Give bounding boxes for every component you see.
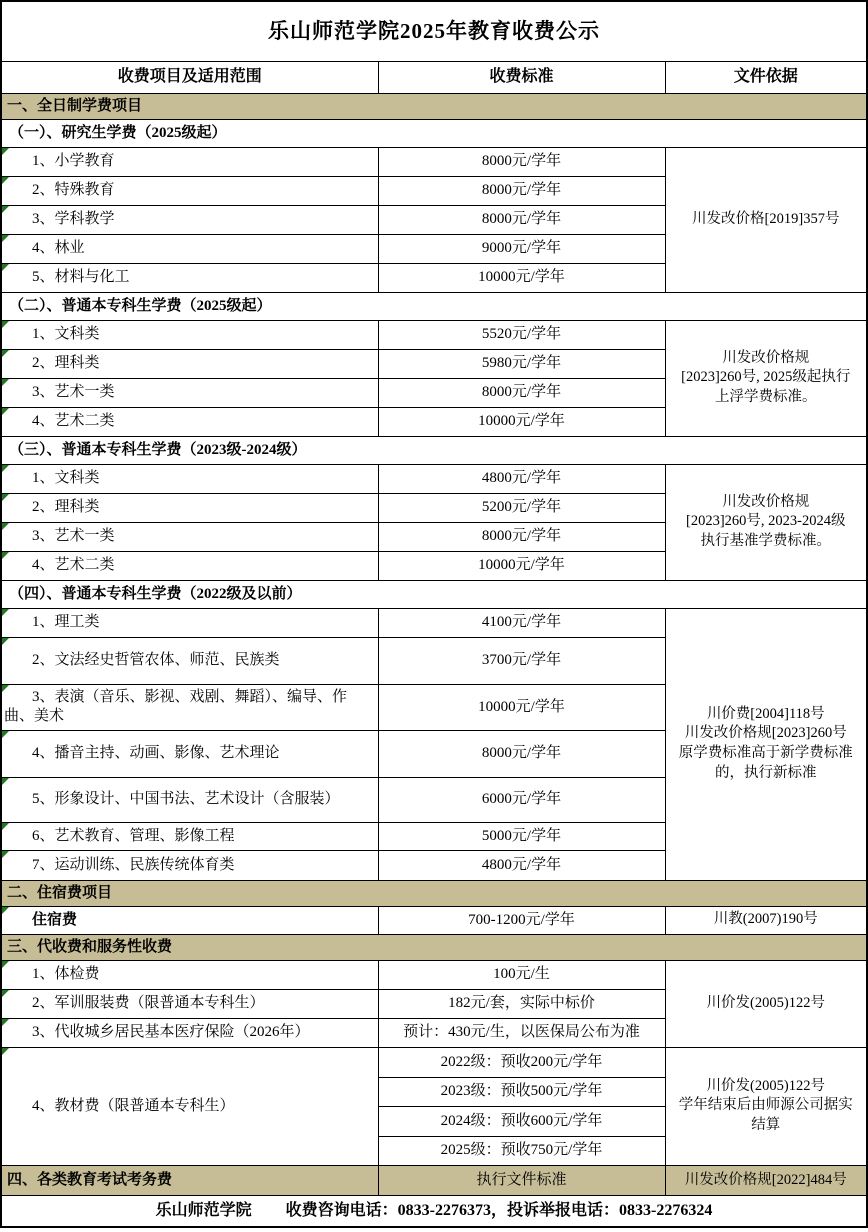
section-band-exam-fees: 四、各类教育考试考务费 bbox=[1, 1165, 378, 1195]
table-row: （二）、普通本专科生学费（2025级起） bbox=[1, 292, 867, 320]
table-row: 4、教材费（限普通本专科生） 2022级：预收200元/学年 川价发(2005)… bbox=[1, 1047, 867, 1077]
section-band-fulltime-tuition: 一、全日制学费项目 bbox=[1, 93, 867, 119]
fee-standard-cell: 8000元/学年 bbox=[378, 205, 665, 234]
cell-flag-icon bbox=[2, 1019, 9, 1026]
fee-item-cell: 4、艺术二类 bbox=[1, 551, 378, 580]
fee-item-label: 1、理工类 bbox=[32, 614, 100, 630]
table-row: 1、文科类 5520元/学年 川发改价格规 [2023]260号, 2025级起… bbox=[1, 320, 867, 349]
section-band-misc-fees: 三、代收费和服务性收费 bbox=[1, 934, 867, 960]
fee-standard-cell: 执行文件标准 bbox=[378, 1165, 665, 1195]
fee-item-label: 2、理科类 bbox=[32, 355, 100, 371]
fee-item-cell: 1、理工类 bbox=[1, 608, 378, 637]
table-row: 1、小学教育 8000元/学年 川发改价格[2019]357号 bbox=[1, 147, 867, 176]
table-row: 1、文科类 4800元/学年 川发改价格规 [2023]260号, 2023-2… bbox=[1, 464, 867, 493]
fee-item-cell: 3、艺术一类 bbox=[1, 522, 378, 551]
fee-item-label: 6、艺术教育、管理、影像工程 bbox=[32, 828, 235, 844]
fee-standard-cell: 8000元/学年 bbox=[378, 730, 665, 777]
cell-flag-icon bbox=[2, 264, 9, 271]
page-title: 乐山师范学院2025年教育收费公示 bbox=[1, 1, 867, 61]
fee-standard-cell: 5200元/学年 bbox=[378, 493, 665, 522]
fee-item-cell: 1、文科类 bbox=[1, 464, 378, 493]
table-row: 乐山师范学院2025年教育收费公示 bbox=[1, 1, 867, 61]
fee-standard-cell: 4100元/学年 bbox=[378, 608, 665, 637]
fee-notice-sheet: 乐山师范学院2025年教育收费公示 收费项目及适用范围 收费标准 文件依据 一、… bbox=[0, 0, 868, 1232]
fee-item-cell-textbook: 4、教材费（限普通本专科生） bbox=[1, 1047, 378, 1165]
fee-item-label: 2、理科类 bbox=[32, 499, 100, 515]
fee-standard-cell: 8000元/学年 bbox=[378, 147, 665, 176]
fee-item-cell: 5、材料与化工 bbox=[1, 263, 378, 292]
fee-item-label: 2、军训服装费（限普通本专科生） bbox=[32, 995, 265, 1011]
cell-flag-icon bbox=[2, 552, 9, 559]
fee-item-label: 1、体检费 bbox=[32, 966, 100, 982]
fee-item-cell: 4、林业 bbox=[1, 234, 378, 263]
cell-flag-icon bbox=[2, 235, 9, 242]
subsection-heading-graduate: （一）、研究生学费（2025级起） bbox=[1, 119, 867, 147]
fee-item-cell: 1、体检费 bbox=[1, 960, 378, 989]
fee-standard-cell: 5000元/学年 bbox=[378, 822, 665, 850]
cell-flag-icon bbox=[2, 961, 9, 968]
fee-standard-cell: 700-1200元/学年 bbox=[378, 906, 665, 934]
cell-flag-icon bbox=[2, 685, 9, 692]
cell-flag-icon bbox=[2, 321, 9, 328]
fee-standard-cell: 10000元/学年 bbox=[378, 551, 665, 580]
table-row: 乐山师范学院收费咨询电话：0833-2276373，投诉举报电话：0833-22… bbox=[1, 1195, 867, 1227]
fee-item-cell: 2、理科类 bbox=[1, 493, 378, 522]
fee-standard-cell: 2022级：预收200元/学年 bbox=[378, 1047, 665, 1077]
fee-standard-cell: 10000元/学年 bbox=[378, 263, 665, 292]
cell-flag-icon bbox=[2, 823, 9, 830]
fee-item-label: 1、小学教育 bbox=[32, 153, 115, 169]
table-row: 四、各类教育考试考务费 执行文件标准 川发改价格规[2022]484号 bbox=[1, 1165, 867, 1195]
fee-standard-cell: 5520元/学年 bbox=[378, 320, 665, 349]
basis-cell-accommodation: 川教(2007)190号 bbox=[665, 906, 867, 934]
fee-standard-cell: 2023级：预收500元/学年 bbox=[378, 1077, 665, 1106]
fee-item-label: 3、学科教学 bbox=[32, 211, 115, 227]
fee-standard-cell: 2025级：预收750元/学年 bbox=[378, 1136, 665, 1165]
fee-standard-cell: 5980元/学年 bbox=[378, 349, 665, 378]
cell-flag-icon bbox=[2, 609, 9, 616]
fee-standard-cell: 6000元/学年 bbox=[378, 777, 665, 822]
fee-standard-cell: 4800元/学年 bbox=[378, 464, 665, 493]
fee-item-label: 2、特殊教育 bbox=[32, 182, 115, 198]
fee-item-label: 住宿费 bbox=[32, 912, 77, 928]
table-row: （一）、研究生学费（2025级起） bbox=[1, 119, 867, 147]
fee-item-label: 5、材料与化工 bbox=[32, 269, 130, 285]
column-header-basis: 文件依据 bbox=[665, 61, 867, 93]
fee-item-label: 3、艺术一类 bbox=[32, 384, 115, 400]
fee-item-cell: 2、文法经史哲管农体、师范、民族类 bbox=[1, 637, 378, 684]
table-row: 1、理工类 4100元/学年 川价费[2004]118号 川发改价格规[2023… bbox=[1, 608, 867, 637]
fee-item-cell: 4、播音主持、动画、影像、艺术理论 bbox=[1, 730, 378, 777]
subsection-heading-undergrad-2023-2024: （三）、普通本专科生学费（2023级-2024级） bbox=[1, 436, 867, 464]
fee-item-cell: 4、艺术二类 bbox=[1, 407, 378, 436]
fee-item-label: 3、表演（音乐、影视、戏剧、舞蹈）、编导、作曲、美术 bbox=[4, 689, 347, 724]
fee-item-cell: 2、特殊教育 bbox=[1, 176, 378, 205]
fee-item-label: 2、文法经史哲管农体、师范、民族类 bbox=[32, 652, 280, 668]
fee-standard-cell: 8000元/学年 bbox=[378, 522, 665, 551]
section-band-accommodation: 二、住宿费项目 bbox=[1, 880, 867, 906]
column-header-standard: 收费标准 bbox=[378, 61, 665, 93]
table-row: 住宿费 700-1200元/学年 川教(2007)190号 bbox=[1, 906, 867, 934]
cell-flag-icon bbox=[2, 177, 9, 184]
fee-item-cell: 3、学科教学 bbox=[1, 205, 378, 234]
fee-standard-cell: 9000元/学年 bbox=[378, 234, 665, 263]
basis-cell-undergrad-2023-2024: 川发改价格规 [2023]260号, 2023-2024级 执行基准学费标准。 bbox=[665, 464, 867, 580]
footer-school-name: 乐山师范学院 bbox=[156, 1202, 252, 1219]
basis-cell-textbook: 川价发(2005)122号 学年结束后由师源公司据实 结算 bbox=[665, 1047, 867, 1165]
fee-item-cell: 3、代收城乡居民基本医疗保险（2026年） bbox=[1, 1018, 378, 1047]
fee-item-cell: 6、艺术教育、管理、影像工程 bbox=[1, 822, 378, 850]
fee-standard-cell: 3700元/学年 bbox=[378, 637, 665, 684]
cell-flag-icon bbox=[2, 350, 9, 357]
table-row: 二、住宿费项目 bbox=[1, 880, 867, 906]
fee-item-label: 4、艺术二类 bbox=[32, 413, 115, 429]
footer-phone-numbers: 收费咨询电话：0833-2276373，投诉举报电话：0833-2276324 bbox=[286, 1202, 713, 1219]
fee-standard-cell: 182元/套，实际中标价 bbox=[378, 989, 665, 1018]
fee-item-cell: 7、运动训练、民族传统体育类 bbox=[1, 850, 378, 880]
table-row: （四）、普通本专科生学费（2022级及以前） bbox=[1, 580, 867, 608]
fee-item-cell: 5、形象设计、中国书法、艺术设计（含服装） bbox=[1, 777, 378, 822]
fee-item-cell: 3、艺术一类 bbox=[1, 378, 378, 407]
subsection-heading-undergrad-2025: （二）、普通本专科生学费（2025级起） bbox=[1, 292, 867, 320]
fee-standard-cell: 10000元/学年 bbox=[378, 407, 665, 436]
basis-cell-graduate: 川发改价格[2019]357号 bbox=[665, 147, 867, 292]
fee-item-label: 7、运动训练、民族传统体育类 bbox=[32, 857, 235, 873]
fee-item-label: 4、播音主持、动画、影像、艺术理论 bbox=[32, 745, 280, 761]
column-header-item: 收费项目及适用范围 bbox=[1, 61, 378, 93]
cell-flag-icon bbox=[2, 148, 9, 155]
fee-item-cell: 2、理科类 bbox=[1, 349, 378, 378]
fee-standard-cell: 8000元/学年 bbox=[378, 378, 665, 407]
cell-flag-icon bbox=[2, 494, 9, 501]
table-row: 一、全日制学费项目 bbox=[1, 93, 867, 119]
table-row: 1、体检费 100元/生 川价发(2005)122号 bbox=[1, 960, 867, 989]
cell-flag-icon bbox=[2, 465, 9, 472]
fee-standard-cell: 8000元/学年 bbox=[378, 176, 665, 205]
table-row: 三、代收费和服务性收费 bbox=[1, 934, 867, 960]
cell-flag-icon bbox=[2, 1048, 9, 1055]
cell-flag-icon bbox=[2, 408, 9, 415]
basis-cell-undergrad-2022: 川价费[2004]118号 川发改价格规[2023]260号 原学费标准高于新学… bbox=[665, 608, 867, 880]
fee-item-cell: 1、文科类 bbox=[1, 320, 378, 349]
cell-flag-icon bbox=[2, 206, 9, 213]
fee-standard-cell: 10000元/学年 bbox=[378, 684, 665, 730]
footer-contact: 乐山师范学院收费咨询电话：0833-2276373，投诉举报电话：0833-22… bbox=[1, 1195, 867, 1227]
cell-flag-icon bbox=[2, 638, 9, 645]
table-row: 收费项目及适用范围 收费标准 文件依据 bbox=[1, 61, 867, 93]
fee-item-cell: 3、表演（音乐、影视、戏剧、舞蹈）、编导、作曲、美术 bbox=[1, 684, 378, 730]
fee-item-label: 1、文科类 bbox=[32, 470, 100, 486]
cell-flag-icon bbox=[2, 778, 9, 785]
fee-standard-cell: 4800元/学年 bbox=[378, 850, 665, 880]
fee-item-cell: 住宿费 bbox=[1, 906, 378, 934]
cell-flag-icon bbox=[2, 990, 9, 997]
fee-item-label: 3、代收城乡居民基本医疗保险（2026年） bbox=[32, 1024, 310, 1040]
fee-item-cell: 2、军训服装费（限普通本专科生） bbox=[1, 989, 378, 1018]
fee-standard-cell: 预计：430元/生，以医保局公布为准 bbox=[378, 1018, 665, 1047]
fee-notice-table: 乐山师范学院2025年教育收费公示 收费项目及适用范围 收费标准 文件依据 一、… bbox=[0, 0, 868, 1228]
fee-item-label: 5、形象设计、中国书法、艺术设计（含服装） bbox=[32, 791, 340, 807]
cell-flag-icon bbox=[2, 851, 9, 858]
fee-item-label: 4、艺术二类 bbox=[32, 557, 115, 573]
fee-standard-cell: 100元/生 bbox=[378, 960, 665, 989]
basis-cell-exam: 川发改价格规[2022]484号 bbox=[665, 1165, 867, 1195]
cell-flag-icon bbox=[2, 379, 9, 386]
fee-item-cell: 1、小学教育 bbox=[1, 147, 378, 176]
table-row: （三）、普通本专科生学费（2023级-2024级） bbox=[1, 436, 867, 464]
subsection-heading-undergrad-2022: （四）、普通本专科生学费（2022级及以前） bbox=[1, 580, 867, 608]
fee-item-label: 4、教材费（限普通本专科生） bbox=[32, 1098, 235, 1114]
basis-cell-undergrad-2025: 川发改价格规 [2023]260号, 2025级起执行 上浮学费标准。 bbox=[665, 320, 867, 436]
fee-standard-cell: 2024级：预收600元/学年 bbox=[378, 1106, 665, 1136]
fee-item-label: 3、艺术一类 bbox=[32, 528, 115, 544]
cell-flag-icon bbox=[2, 731, 9, 738]
fee-item-label: 4、林业 bbox=[32, 240, 85, 256]
fee-item-label: 1、文科类 bbox=[32, 326, 100, 342]
basis-cell-misc: 川价发(2005)122号 bbox=[665, 960, 867, 1047]
cell-flag-icon bbox=[2, 907, 9, 914]
cell-flag-icon bbox=[2, 523, 9, 530]
